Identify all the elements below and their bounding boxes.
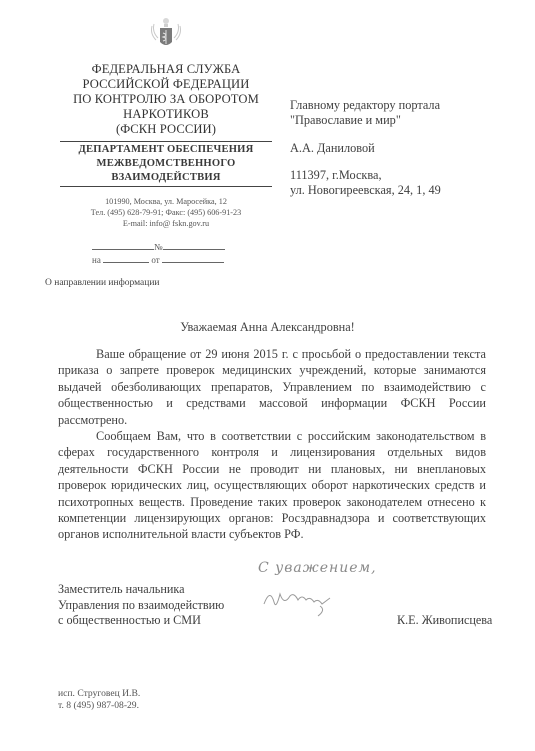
blank-field	[163, 240, 225, 250]
position-line: с общественностью и СМИ	[58, 613, 224, 629]
postal-address: 101990, Москва, ул. Маросейка, 12	[60, 197, 272, 208]
position-line: Заместитель начальника	[58, 582, 224, 598]
signature-icon	[260, 584, 340, 618]
agency-line: (ФСКН РОССИИ)	[60, 122, 272, 137]
department-line: ВЗАИМОДЕЙСТВИЯ	[60, 171, 272, 185]
blank-field	[92, 240, 154, 250]
signer-name: К.Е. Живописцева	[397, 613, 492, 628]
from-label: от	[151, 255, 159, 265]
agency-name: ФЕДЕРАЛЬНАЯ СЛУЖБА РОССИЙСКОЙ ФЕДЕРАЦИИ …	[60, 62, 272, 137]
number-sign: №	[154, 242, 163, 252]
executor-name: исп. Струговец И.В.	[58, 688, 140, 700]
agency-line: РОССИЙСКОЙ ФЕДЕРАЦИИ	[60, 77, 272, 92]
salutation: Уважаемая Анна Александровна!	[0, 320, 535, 335]
paragraph: Ваше обращение от 29 июня 2015 г. с прос…	[58, 346, 486, 428]
signer-position: Заместитель начальника Управления по вза…	[58, 582, 224, 629]
agency-line: ПО КОНТРОЛЮ ЗА ОБОРОТОМ	[60, 92, 272, 107]
agency-line: НАРКОТИКОВ	[60, 107, 272, 122]
blank-field	[162, 253, 224, 263]
executor-info: исп. Струговец И.В. т. 8 (495) 987-08-29…	[58, 688, 140, 712]
addressee-block: Главному редактору портала "Православие …	[290, 98, 441, 198]
department-line: ДЕПАРТАМЕНТ ОБЕСПЕЧЕНИЯ	[60, 143, 272, 157]
divider-top	[60, 141, 272, 142]
department-name: ДЕПАРТАМЕНТ ОБЕСПЕЧЕНИЯ МЕЖВЕДОМСТВЕННОГ…	[60, 143, 272, 184]
letter-subject: О направлении информации	[45, 278, 160, 288]
registration-reference-line: на от	[92, 253, 242, 265]
fskn-emblem-icon	[148, 14, 184, 54]
department-line: МЕЖВЕДОМСТВЕННОГО	[60, 157, 272, 171]
phone-fax: Тел. (495) 628-79-91; Факс: (495) 606-91…	[60, 208, 272, 219]
addressee-address: 111397, г.Москва,	[290, 168, 441, 183]
handwritten-closing: С уважением,	[258, 560, 377, 576]
contact-info: 101990, Москва, ул. Маросейка, 12 Тел. (…	[60, 197, 272, 229]
addressee-address: ул. Новогиреевская, 24, 1, 49	[290, 183, 441, 198]
paragraph: Сообщаем Вам, что в соответствии с росси…	[58, 428, 486, 543]
agency-line: ФЕДЕРАЛЬНАЯ СЛУЖБА	[60, 62, 272, 77]
registration-number-line: №	[92, 240, 242, 252]
divider-bottom	[60, 186, 272, 187]
addressee-line: "Православие и мир"	[290, 113, 441, 128]
position-line: Управления по взаимодействию	[58, 598, 224, 614]
addressee-name: А.А. Даниловой	[290, 141, 441, 156]
email: E-mail: info@ fskn.gov.ru	[60, 219, 272, 230]
letter-body: Ваше обращение от 29 июня 2015 г. с прос…	[58, 346, 486, 543]
on-label: на	[92, 255, 101, 265]
blank-field	[103, 253, 149, 263]
addressee-line: Главному редактору портала	[290, 98, 441, 113]
executor-phone: т. 8 (495) 987-08-29.	[58, 700, 140, 712]
